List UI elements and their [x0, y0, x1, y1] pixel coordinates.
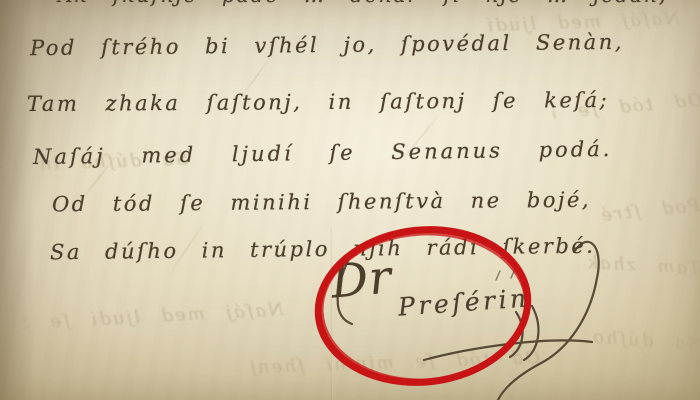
verse-line: Pod ſtrého bi vſhél jo, ſpovédal Senàn,	[30, 30, 624, 60]
bleedthrough-text: Sa dúſho in trúplo njih rádi ſkerbé.	[587, 326, 700, 358]
bleedthrough-text: Od tód ſe minihi ſhenſtvà ne bojé,	[250, 347, 541, 381]
manuscript-page: Naſáj med ljudí ſe Senanus podá. Od tód …	[0, 0, 700, 400]
signature-prefix: Dr	[329, 249, 394, 308]
verse-line: Naſáj med ljudí ſe Senanus podá.	[33, 137, 613, 169]
bleedthrough-text: Tam zhaka ſaſtonj, in ſaſtonj ſe keſá;	[583, 252, 700, 282]
verse-line: Sa dúſho in trúplo njih rádi ſkerbé.	[50, 234, 596, 265]
verse-line-cropped: Ak ſkuſnje páde … denár ſi nje … jedán,	[58, 0, 667, 7]
verse-line: Od tód ſe minihi ſhenſtvà ne bojé,	[52, 188, 591, 217]
signature-name: Preſérin	[397, 283, 530, 321]
bleedthrough-text: Naſáj med ljudí ſe Senanus podá.	[22, 299, 285, 337]
verse-line: Tam zhaka ſaſtonj, in ſaſtonj ſe keſá;	[27, 88, 609, 116]
bleedthrough-text: Pod ſtrého bi vſhél jo, ſpovédal Senàn,	[597, 195, 700, 230]
